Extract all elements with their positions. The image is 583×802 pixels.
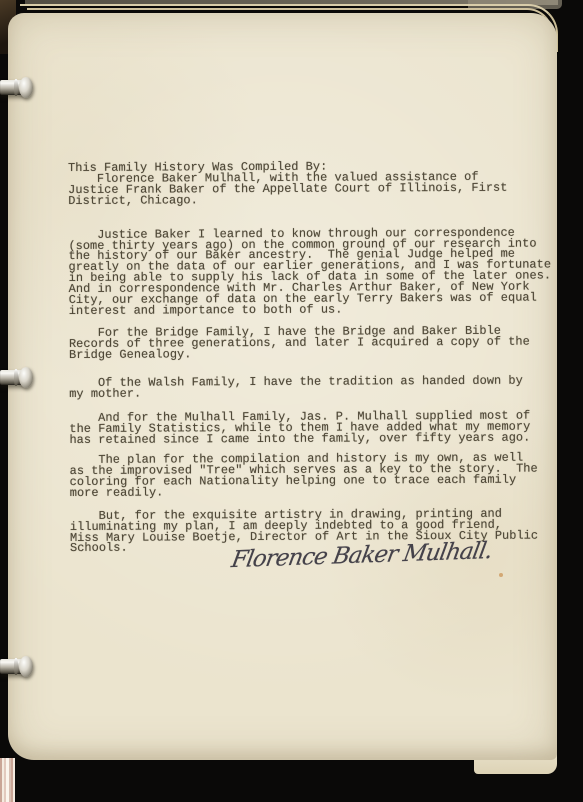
binder-post-bottom (0, 659, 27, 674)
typed-paragraph: Of the Walsh Family, I have the traditio… (69, 375, 561, 399)
document-page: This Family History Was Compiled By: Flo… (8, 13, 557, 760)
typed-paragraph: For the Bridge Family, I have the Bridge… (69, 325, 561, 360)
page-edge-behind-top-right (468, 0, 562, 9)
typed-paragraph: Florence Baker Mulhall, with the valued … (68, 171, 560, 206)
scanned-binder-page-photo: This Family History Was Compiled By: Flo… (0, 0, 583, 802)
binder-post-top (0, 80, 27, 95)
typed-paragraph: Justice Baker I learned to know through … (68, 227, 560, 317)
binder-post-middle (0, 370, 27, 385)
typed-paragraph: And for the Mulhall Family, Jas. P. Mulh… (69, 411, 561, 446)
paper-stain (499, 573, 503, 577)
page-stack-edges (0, 758, 15, 802)
typed-paragraph: The plan for the compilation and history… (70, 453, 562, 499)
typed-text-block: This Family History Was Compiled By: Flo… (68, 160, 562, 566)
